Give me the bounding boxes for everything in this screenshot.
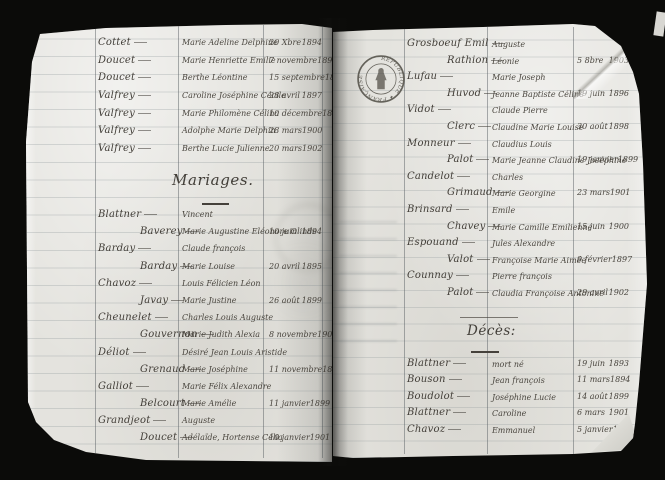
register-row: Doucet Marie Henriette Emilie 7 novembre… <box>26 52 332 70</box>
date-text: 10 juin1894 <box>269 223 322 240</box>
given-names-text: Marie Judith Alexia <box>182 326 260 343</box>
date-text: 15 juin1900 <box>577 219 629 236</box>
register-row: Monneur Claudius Louis <box>333 136 653 153</box>
official-seal-stamp-icon: RÉPUBLIQUE ✦ FRANÇAISE <box>356 54 406 104</box>
given-names-text: Emmanuel <box>492 422 535 438</box>
register-row: Barday Claude françois <box>26 240 332 257</box>
register-row: Valfrey Marie Philomène Célina 10 décemb… <box>26 105 332 123</box>
surname-text: Javay <box>140 292 184 309</box>
marriages-list-left: Blattner Vincent Baverey Marie Augustine… <box>26 206 332 447</box>
given-names-text: Louis Félicien Léon <box>182 275 261 292</box>
given-names-text: Auguste <box>492 36 525 53</box>
register-row: Blattner mort né 19 juin1893 <box>333 356 653 372</box>
date-text: 20 mars1902 <box>269 140 322 158</box>
date-text: 14 août1899 <box>577 389 629 405</box>
given-names-text: Joséphine Lucie <box>492 389 556 405</box>
births-list: Cottet Marie Adeline Delphine 20 Xbre189… <box>26 34 332 158</box>
background-paper-sliver <box>653 11 665 36</box>
given-names-text: Jeanne Baptiste Céline <box>492 86 584 103</box>
given-names-text: Charles Louis Auguste <box>182 309 273 326</box>
register-row: Doucet Berthe Léontine 15 septembre1896 <box>26 69 332 87</box>
register-row: Counnay Pierre françois <box>333 268 653 285</box>
surname-text: Candelot <box>407 169 470 186</box>
page-corner-crease <box>573 24 653 99</box>
register-row: Palot Marie Jeanne Claudine Joséphine 19… <box>333 152 653 169</box>
date-text: 20 avril1895 <box>269 258 322 275</box>
register-row: Brinsard Emile <box>333 202 653 219</box>
given-names-text: Marie Philomène Célina <box>182 105 279 123</box>
register-row: Palot Claudia Françoise Antonine 29 avri… <box>333 285 653 302</box>
register-row: Chavey Marie Camille Emilienne 15 juin19… <box>333 219 653 236</box>
date-text: 28 mars1900 <box>269 122 322 140</box>
surname-text: Galliot <box>98 378 149 395</box>
register-row: Déliot Désiré Jean Louis Aristide <box>26 344 332 361</box>
date-text: 6 mars1901 <box>577 405 629 421</box>
surname-text: Blattner <box>407 356 466 372</box>
register-row: Cheunelet Charles Louis Auguste <box>26 309 332 326</box>
surname-text: Espouand <box>407 235 475 252</box>
surname-text: Grandjeot <box>98 412 166 429</box>
given-names-text: Françoise Marie Aimée <box>492 252 586 269</box>
register-row: Cottet Marie Adeline Delphine 20 Xbre189… <box>26 34 332 52</box>
register-row: Grandjeot Auguste <box>26 412 332 429</box>
register-row: Javay Marie Justine 26 août1899 <box>26 292 332 309</box>
register-row: Grimaud Marie Georgine 23 mars1901 <box>333 185 653 202</box>
date-text: 19 juin1893 <box>577 356 629 372</box>
given-names-text: Vincent <box>182 206 213 223</box>
date-text: 7 novembre1893 <box>269 52 322 70</box>
register-row: Blattner Vincent <box>26 206 332 223</box>
register-row: Blattner Caroline 6 mars1901 <box>333 405 653 421</box>
surname-text: Blattner <box>98 206 157 223</box>
surname-text: Valfrey <box>98 105 151 123</box>
given-names-text: Claude françois <box>182 240 245 257</box>
given-names-text: Adélaïde, Hortense Célia <box>182 429 283 446</box>
given-names-text: Auguste <box>182 412 215 429</box>
register-row: Chavoz Louis Félicien Léon <box>26 275 332 292</box>
surname-text: Palot <box>447 152 489 169</box>
date-text: 10 janvier1901 <box>269 429 322 446</box>
surname-text: Valfrey <box>98 140 151 158</box>
register-row: Valfrey Adolphe Marie Delphin 28 mars190… <box>26 122 332 140</box>
given-names-text: Emile <box>492 202 515 219</box>
given-names-text: Léonie <box>492 53 519 70</box>
stamp-figure <box>375 68 386 89</box>
mariages-heading: Mariages. <box>172 171 254 189</box>
surname-text: Brinsard <box>407 202 469 219</box>
section-divider <box>460 317 518 318</box>
given-names-text: Adolphe Marie Delphin <box>182 122 276 140</box>
given-names-text: Claudine Marie Louise <box>492 119 584 136</box>
given-names-text: Berthe Lucie Julienne <box>182 140 270 158</box>
register-row: Boudolot Joséphine Lucie 14 août1899 <box>333 389 653 405</box>
given-names-text: Marie Adeline Delphine <box>182 34 278 52</box>
date-text: 23 mars1901 <box>577 185 629 202</box>
given-names-text: mort né <box>492 356 524 372</box>
deaths-list: Blattner mort né 19 juin1893 Bouson Jean… <box>333 356 653 438</box>
register-row: Galliot Marie Félix Alexandre <box>26 378 332 395</box>
date-text: 9 février1897 <box>577 252 629 269</box>
given-names-text: Jules Alexandre <box>492 235 555 252</box>
register-row: Valfrey Berthe Lucie Julienne 20 mars190… <box>26 140 332 158</box>
surname-text: Vidot <box>407 102 451 119</box>
given-names-text: Charles <box>492 169 523 186</box>
register-photo: Cottet Marie Adeline Delphine 20 Xbre189… <box>0 0 665 480</box>
given-names-text: Marie Joséphine <box>182 361 248 378</box>
given-names-text: Marie Georgine <box>492 185 556 202</box>
date-text: 11 mars1894 <box>577 372 629 388</box>
register-row: Gouvernon Marie Judith Alexia 8 novembre… <box>26 326 332 343</box>
surname-text: Déliot <box>98 344 146 361</box>
given-names-text: Marie Louise <box>182 258 235 275</box>
surname-text: Blattner <box>407 405 466 421</box>
surname-text: Barday <box>98 240 151 257</box>
surname-text: Valfrey <box>98 122 151 140</box>
left-page: Cottet Marie Adeline Delphine 20 Xbre189… <box>26 22 332 462</box>
surname-text: Chavoz <box>407 422 461 438</box>
surname-text: Lufau <box>407 69 453 86</box>
date-text: 28 avril1897 <box>269 87 322 105</box>
register-row: Doucet Adélaïde, Hortense Célia 10 janvi… <box>26 429 332 446</box>
date-text: 26 août1899 <box>269 292 322 309</box>
given-names-text: Claude Pierre <box>492 102 548 119</box>
register-row: Belcourt Marie Amélie 11 janvier1899 <box>26 395 332 412</box>
given-names-text: Claudius Louis <box>492 136 552 153</box>
register-row: Valot Françoise Marie Aimée 9 février189… <box>333 252 653 269</box>
register-row: Espouand Jules Alexandre <box>333 235 653 252</box>
register-row: Clerc Claudine Marie Louise 30 août1898 <box>333 119 653 136</box>
register-row: Bouson Jean françois 11 mars1894 <box>333 372 653 388</box>
given-names-text: Marie Justine <box>182 292 236 309</box>
date-text: 19 janvier1899 <box>577 152 629 169</box>
heading-underline <box>202 203 229 205</box>
surname-text: Monneur <box>407 136 471 153</box>
date-text: 11 janvier1899 <box>269 395 322 412</box>
date-text: 10 décembre1895 <box>269 105 322 123</box>
date-text: 15 septembre1896 <box>269 69 322 87</box>
date-text: 20 Xbre1894 <box>269 34 322 52</box>
book-gutter-shadow <box>318 18 348 466</box>
surname-text: Chavoz <box>98 275 152 292</box>
surname-text: Counnay <box>407 268 469 285</box>
surname-text: Bouson <box>407 372 462 388</box>
register-row: Candelot Charles <box>333 169 653 186</box>
given-names-text: Désiré Jean Louis Aristide <box>182 344 287 361</box>
surname-text: Grosboeuf Emil <box>407 36 505 53</box>
date-text: 30 août1898 <box>577 119 629 136</box>
surname-text: Valot <box>447 252 490 269</box>
date-text: 29 avril1902 <box>577 285 629 302</box>
surname-text: Clerc <box>447 119 491 136</box>
surname-text: Cottet <box>98 34 147 52</box>
date-text: 8 novembre1902 <box>269 326 322 343</box>
surname-text: Valfrey <box>98 87 151 105</box>
register-row: Baverey Marie Augustine Eléonore Olinde … <box>26 223 332 240</box>
register-row: Grenaud Marie Joséphine 11 novembre1897 <box>26 361 332 378</box>
register-row: Valfrey Caroline Joséphine Cécile 28 avr… <box>26 87 332 105</box>
given-names-text: Pierre françois <box>492 268 552 285</box>
deces-heading: Décès: <box>467 323 516 339</box>
surname-text: Cheunelet <box>98 309 168 326</box>
given-names-text: Berthe Léontine <box>182 69 247 87</box>
given-names-text: Marie Félix Alexandre <box>182 378 271 395</box>
surname-text: Palot <box>447 285 489 302</box>
surname-text: Doucet <box>98 69 151 87</box>
register-row: Vidot Claude Pierre <box>333 102 653 119</box>
given-names-text: Marie Amélie <box>182 395 236 412</box>
surname-text: Boudolot <box>407 389 470 405</box>
date-text: 11 novembre1897 <box>269 361 322 378</box>
given-names-text: Marie Henriette Emilie <box>182 52 276 70</box>
given-names-text: Caroline <box>492 405 526 421</box>
surname-text: Doucet <box>98 52 151 70</box>
register-row: Barday Marie Louise 20 avril1895 <box>26 258 332 275</box>
register-row: Chavoz Emmanuel 5 janvier1904 <box>333 422 653 438</box>
surname-text: Huvod <box>447 86 497 103</box>
given-names-text: Jean françois <box>492 372 545 388</box>
given-names-text: Marie Joseph <box>492 69 545 86</box>
heading-underline <box>471 351 499 353</box>
